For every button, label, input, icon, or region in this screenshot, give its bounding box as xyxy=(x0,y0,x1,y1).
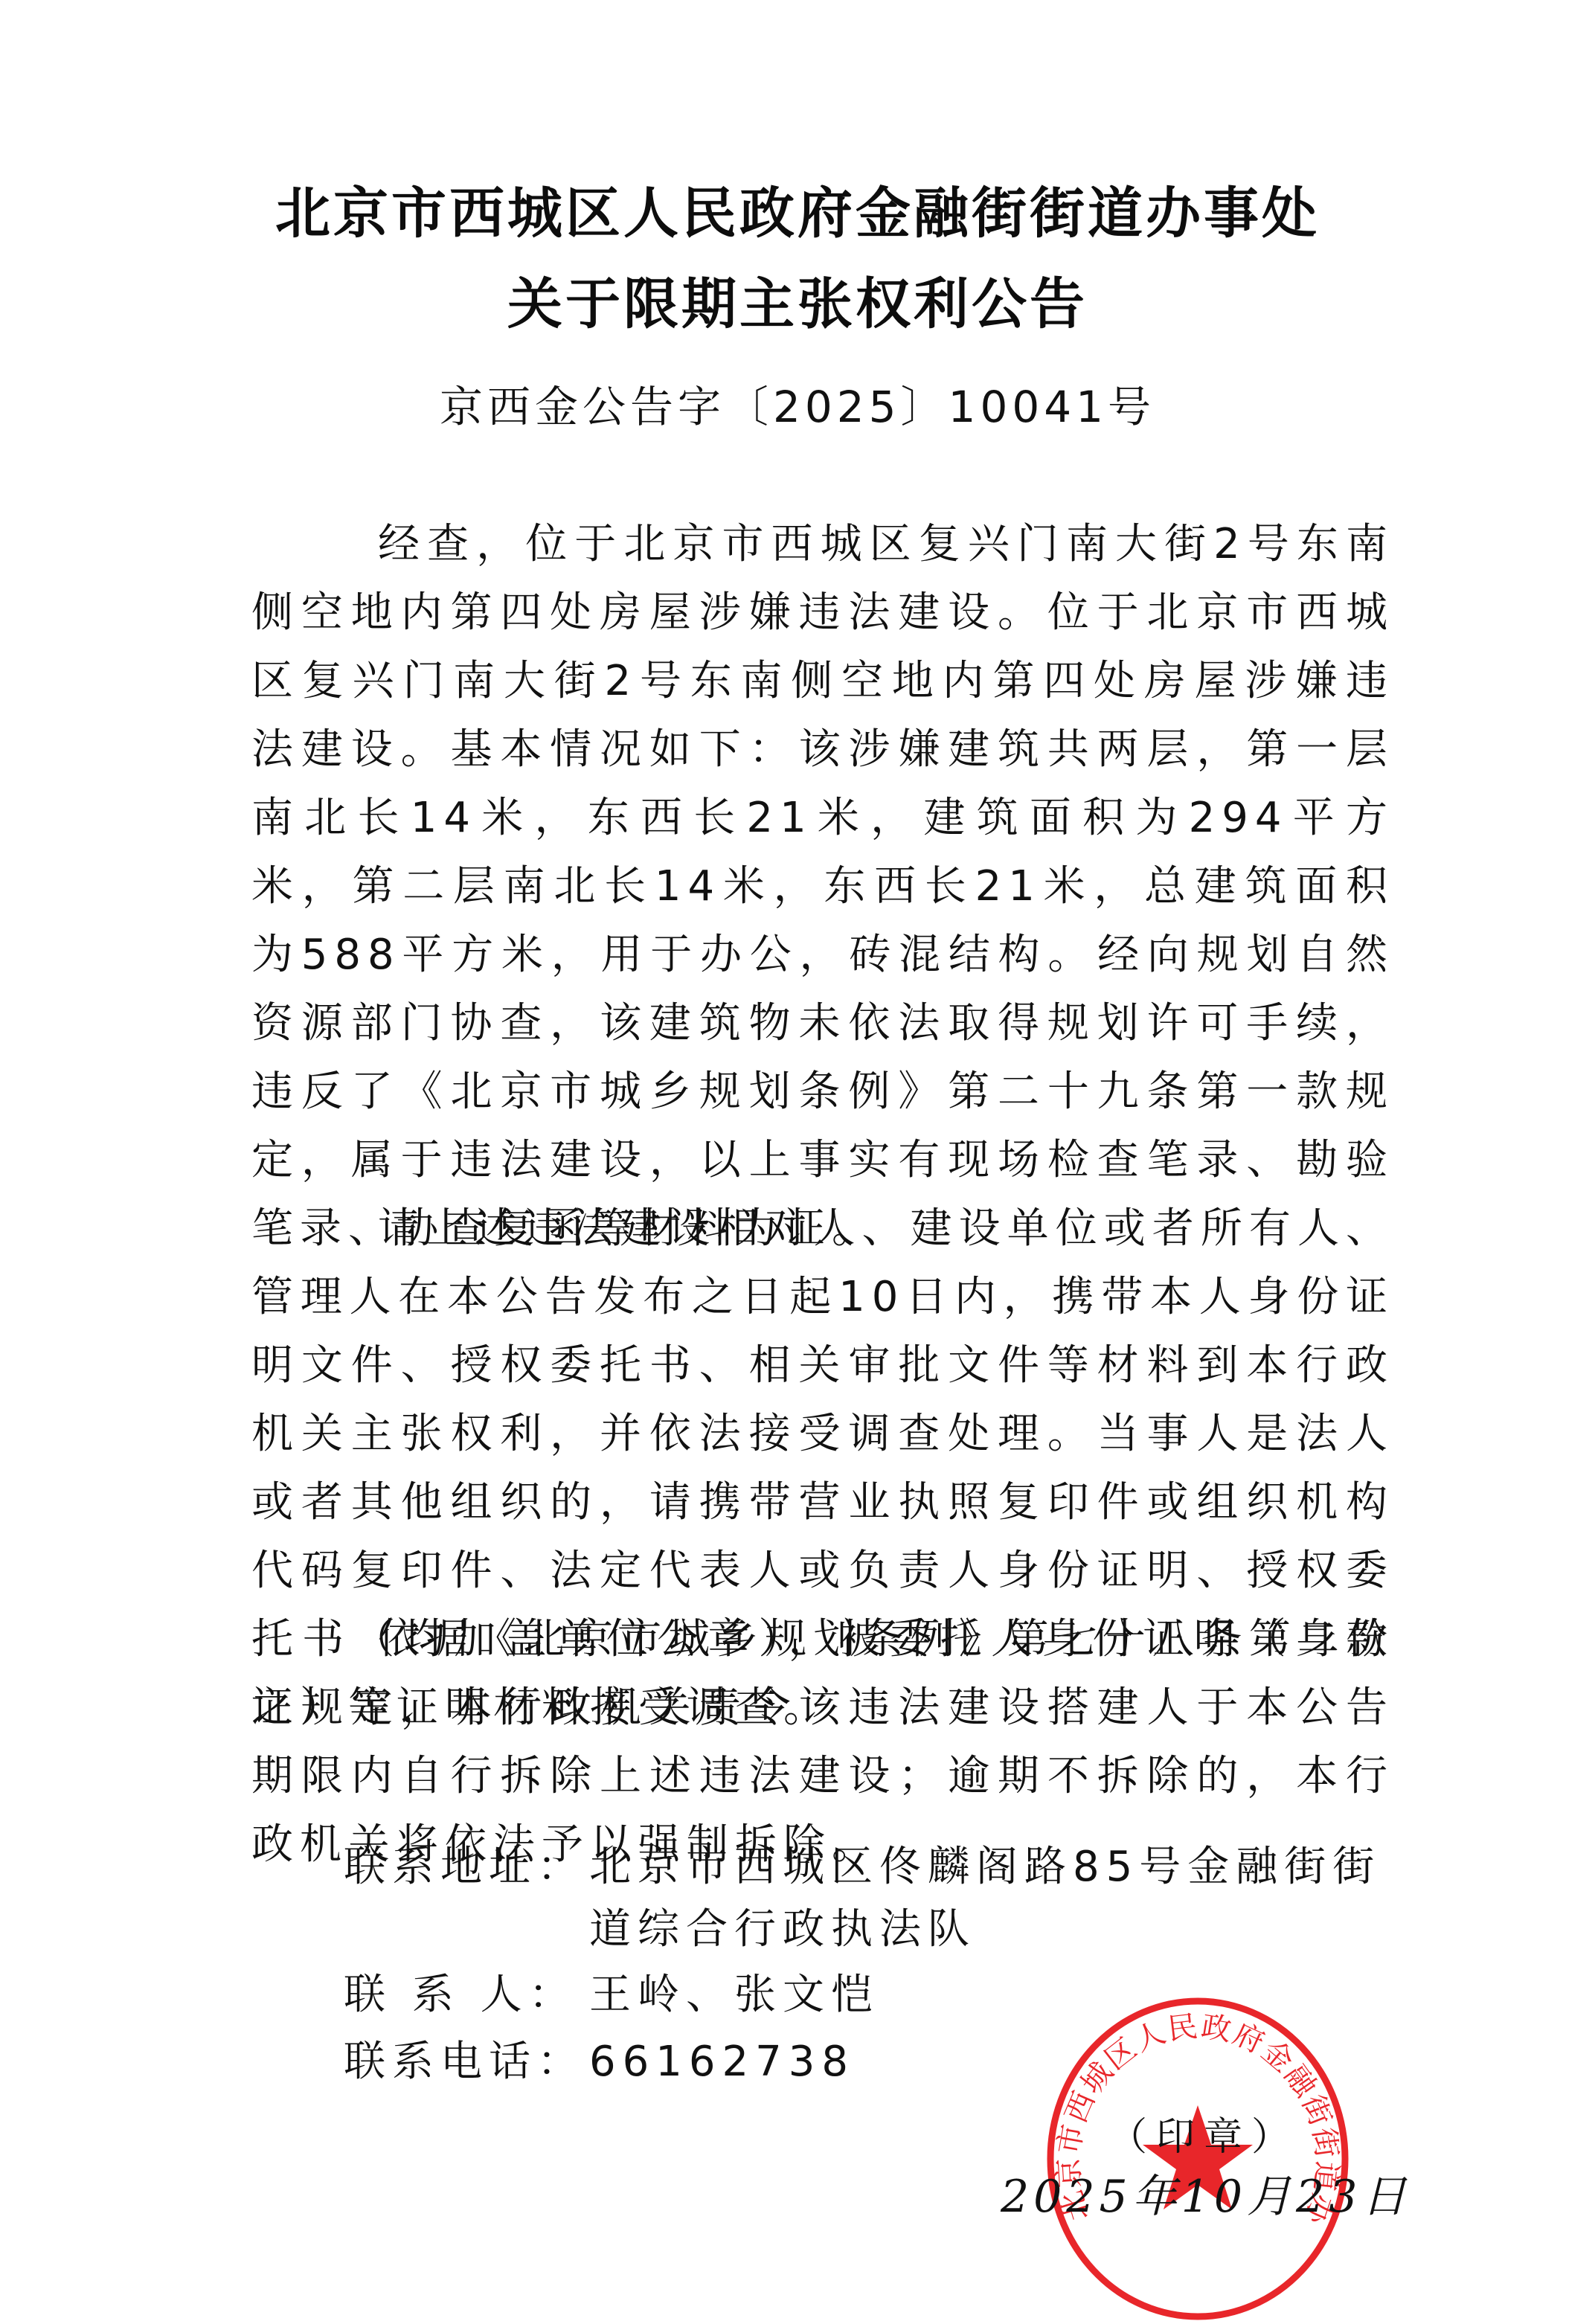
contact-address-value: 北京市西城区佟麟阁路85号金融街街道综合行政执法队 xyxy=(589,1836,1393,1961)
seal-label: （印章） xyxy=(1108,2105,1299,2161)
paragraph-text: 经查，位于北京市西城区复兴门南大街2号东南侧空地内第四处房屋涉嫌违法建设。位于北… xyxy=(251,510,1394,1263)
contact-person-label: 联 系 人： xyxy=(344,1964,589,2026)
contact-address-label: 联系地址： xyxy=(344,1836,589,1961)
title-line-1: 北京市西城区人民政府金融街街道办事处 xyxy=(0,170,1595,248)
contact-phone-label: 联系电话： xyxy=(344,2031,589,2093)
signed-date: 2025年10月23日 xyxy=(1001,2161,1411,2225)
paragraph-facts: 经查，位于北京市西城区复兴门南大街2号东南侧空地内第四处房屋涉嫌违法建设。位于北… xyxy=(251,510,1394,1263)
title-line-2: 关于限期主张权利公告 xyxy=(0,260,1595,339)
document-number: 京西金公告字〔2025〕10041号 xyxy=(0,372,1595,434)
contact-address: 联系地址： 北京市西城区佟麟阁路85号金融街街道综合行政执法队 xyxy=(344,1836,1393,1961)
